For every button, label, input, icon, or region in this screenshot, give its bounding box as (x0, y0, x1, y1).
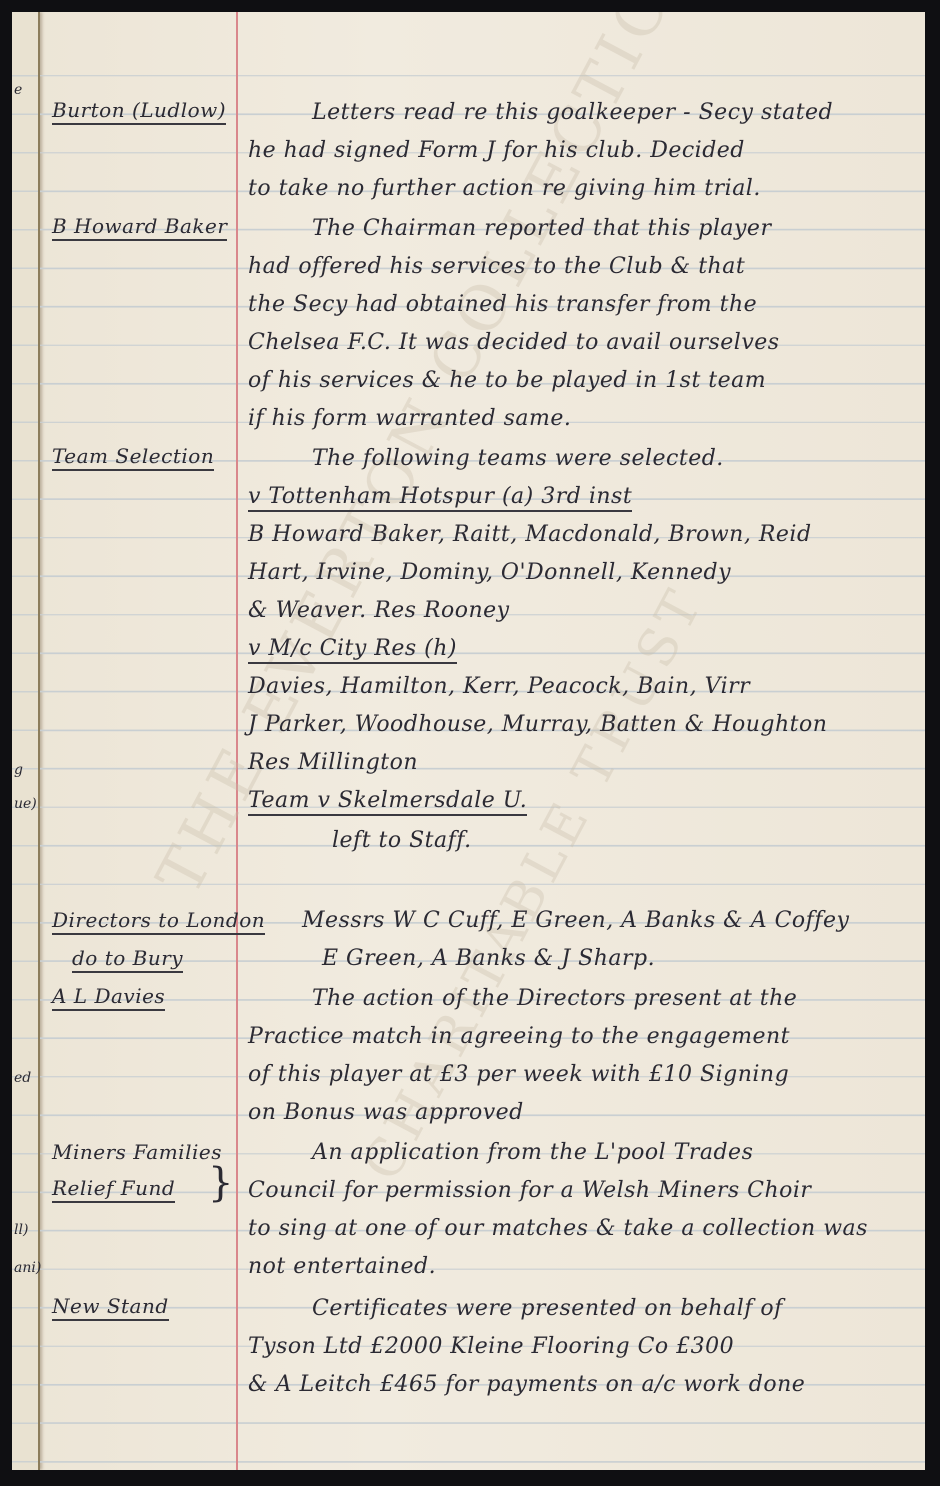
entry-line: of his services & he to be played in 1st… (248, 368, 766, 393)
team-line: & Weaver. Res Rooney (248, 598, 510, 623)
entry-line: Council for permission for a Welsh Miner… (248, 1178, 811, 1203)
entry-heading-line: Miners Families (52, 1140, 222, 1164)
entry-line: if his form warranted same. (248, 406, 571, 431)
entry-line: left to Staff. (332, 828, 472, 853)
team-line: Res Millington (248, 750, 418, 775)
entry-heading: do to Bury (72, 946, 183, 973)
entry-line: of this player at £3 per week with £10 S… (248, 1062, 789, 1087)
entry-line: on Bonus was approved (248, 1100, 524, 1125)
entry-line: An application from the L'pool Trades (312, 1140, 753, 1165)
entry-line: The Chairman reported that this player (312, 216, 771, 241)
entry-line: the Secy had obtained his transfer from … (248, 292, 757, 317)
ledger-page: e g ue) ed ll) ani) THE EVERTON COLLECTI… (12, 12, 925, 1470)
entry-line: Tyson Ltd £2000 Kleine Flooring Co £300 (248, 1334, 734, 1359)
entry-heading: Team Selection (52, 444, 214, 471)
fixture-line: v Tottenham Hotspur (a) 3rd inst (248, 484, 632, 512)
brace-mark: } (208, 1160, 233, 1206)
entry-line: had offered his services to the Club & t… (248, 254, 745, 279)
margin-fragment: ll) (14, 1222, 28, 1238)
entry-line: & A Leitch £465 for payments on a/c work… (248, 1372, 805, 1397)
entry-line: Letters read re this goalkeeper - Secy s… (312, 100, 833, 125)
entry-line: Chelsea F.C. It was decided to avail our… (248, 330, 780, 355)
entry-line: E Green, A Banks & J Sharp. (322, 946, 655, 971)
entry-heading: Burton (Ludlow) (52, 98, 226, 125)
entry-line: Messrs W C Cuff, E Green, A Banks & A Co… (302, 908, 849, 933)
red-margin-line (236, 12, 238, 1470)
margin-fragment: e (14, 82, 22, 98)
margin-fragment: ue) (14, 796, 37, 812)
entry-heading: A L Davies (52, 984, 165, 1011)
margin-fragment: ed (14, 1070, 31, 1086)
entry-line: Certificates were presented on behalf of (312, 1296, 783, 1321)
entry-heading: Directors to London (52, 908, 265, 935)
entry-line: The action of the Directors present at t… (312, 986, 797, 1011)
entry-heading: B Howard Baker (52, 214, 227, 241)
margin-fragment: ani) (14, 1260, 41, 1276)
team-line: J Parker, Woodhouse, Murray, Batten & Ho… (248, 712, 827, 737)
entry-heading: New Stand (52, 1294, 169, 1321)
facing-page-rules (12, 12, 38, 1470)
fixture-line: Team v Skelmersdale U. (248, 788, 527, 816)
margin-fragment: g (14, 762, 23, 778)
facing-page-edge: e g ue) ed ll) ani) (12, 12, 40, 1470)
fixture-line: v M/c City Res (h) (248, 636, 457, 664)
entry-line: Practice match in agreeing to the engage… (248, 1024, 790, 1049)
entry-line: not entertained. (248, 1254, 436, 1279)
team-line: B Howard Baker, Raitt, Macdonald, Brown,… (248, 522, 812, 547)
team-line: Hart, Irvine, Dominy, O'Donnell, Kennedy (248, 560, 731, 585)
entry-line: to take no further action re giving him … (248, 176, 761, 201)
team-line: Davies, Hamilton, Kerr, Peacock, Bain, V… (248, 674, 750, 699)
entry-heading-line: Relief Fund (52, 1176, 175, 1203)
entry-line: he had signed Form J for his club. Decid… (248, 138, 745, 163)
entry-line: to sing at one of our matches & take a c… (248, 1216, 868, 1241)
entry-line: The following teams were selected. (312, 446, 724, 471)
